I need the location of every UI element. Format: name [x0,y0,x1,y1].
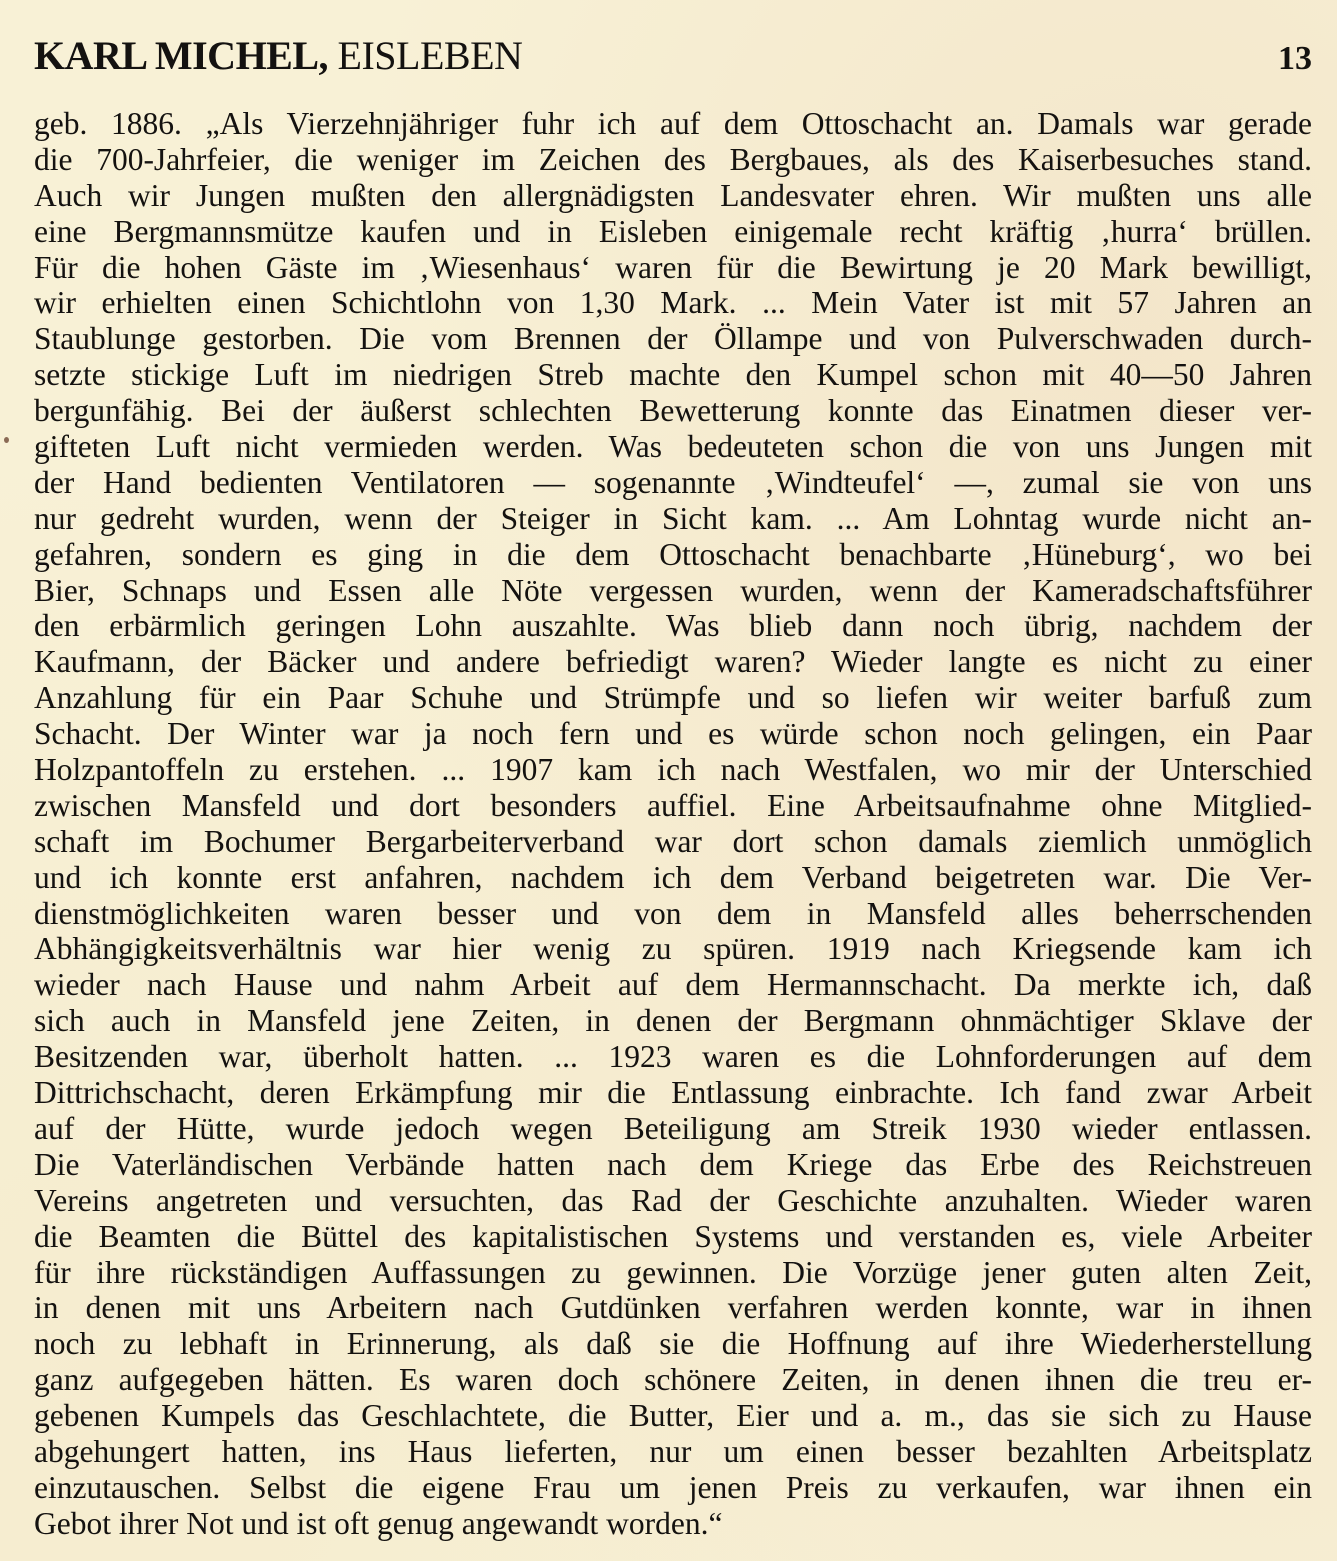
text-line: nur gedreht wurden, wenn der Steiger in … [34,501,1312,537]
text-line: Gebot ihrer Not und ist oft genug angewa… [34,1506,1312,1542]
text-line: noch zu lebhaft in Erinnerung, als daß s… [34,1326,1312,1362]
text-line: geb. 1886. „Als Vierzehnjähriger fuhr ic… [34,106,1312,142]
text-line: wir erhielten einen Schichtlohn von 1,30… [34,285,1312,321]
text-line: bergunfähig. Bei der äußerst schlechten … [34,393,1312,429]
text-line: setzte stickige Luft im niedrigen Streb … [34,357,1312,393]
text-line: einzutauschen. Selbst die eigene Frau um… [34,1470,1312,1506]
page-number: 13 [1278,30,1312,78]
text-line: zwischen Mansfeld und dort besonders auf… [34,788,1312,824]
text-line: und ich konnte erst anfahren, nachdem ic… [34,860,1312,896]
page-title: KARL MICHEL, EISLEBEN [34,30,522,76]
text-line: Dittrichschacht, deren Erkämpfung mir di… [34,1075,1312,1111]
text-line: abgehungert hatten, ins Haus lieferten, … [34,1434,1312,1470]
author-name: KARL MICHEL, [34,33,328,78]
body-paragraph: geb. 1886. „Als Vierzehnjähriger fuhr ic… [34,106,1312,1542]
text-line: die Beamten die Büttel des kapitalistisc… [34,1219,1312,1255]
text-line: in denen mit uns Arbeitern nach Gutdünke… [34,1290,1312,1326]
text-line: ganz aufgegeben hätten. Es waren doch sc… [34,1362,1312,1398]
paper-blemish [4,437,9,443]
page-header: KARL MICHEL, EISLEBEN 13 [34,30,1312,82]
text-line: Vereins angetreten und versuchten, das R… [34,1183,1312,1219]
text-line: eine Bergmannsmütze kaufen und in Eisleb… [34,214,1312,250]
text-line: wieder nach Hause und nahm Arbeit auf de… [34,967,1312,1003]
text-line: dienstmöglichkeiten waren besser und von… [34,896,1312,932]
text-line: Schacht. Der Winter war ja noch fern und… [34,716,1312,752]
text-line: gefahren, sondern es ging in die dem Ott… [34,537,1312,573]
text-line: Für die hohen Gäste im ‚Wiesenhaus‘ ware… [34,250,1312,286]
text-line: Holzpantoffeln zu erstehen. ... 1907 kam… [34,752,1312,788]
text-line: Besitzenden war, überholt hatten. ... 19… [34,1039,1312,1075]
text-line: den erbärmlich geringen Lohn auszahlte. … [34,608,1312,644]
author-place: EISLEBEN [338,33,523,78]
text-line: Anzahlung für ein Paar Schuhe und Strümp… [34,680,1312,716]
book-page: KARL MICHEL, EISLEBEN 13 geb. 1886. „Als… [34,30,1312,1542]
text-line: Die Vaterländischen Verbände hatten nach… [34,1147,1312,1183]
text-line: Abhängigkeitsverhältnis war hier wenig z… [34,931,1312,967]
text-line: schaft im Bochumer Bergarbeiterverband w… [34,824,1312,860]
text-line: die 700-Jahrfeier, die weniger im Zeiche… [34,142,1312,178]
text-line: auf der Hütte, wurde jedoch wegen Beteil… [34,1111,1312,1147]
text-line: Bier, Schnaps und Essen alle Nöte verges… [34,573,1312,609]
text-line: sich auch in Mansfeld jene Zeiten, in de… [34,1003,1312,1039]
text-line: der Hand bedienten Ventilatoren — sogena… [34,465,1312,501]
text-line: Kaufmann, der Bäcker und andere befriedi… [34,644,1312,680]
text-line: gifteten Luft nicht vermieden werden. Wa… [34,429,1312,465]
text-line: Staublunge gestorben. Die vom Brennen de… [34,321,1312,357]
text-line: für ihre rückständigen Auffassungen zu g… [34,1255,1312,1291]
text-line: Auch wir Jungen mußten den allergnädigst… [34,178,1312,214]
text-line: gebenen Kumpels das Geschlachtete, die B… [34,1398,1312,1434]
